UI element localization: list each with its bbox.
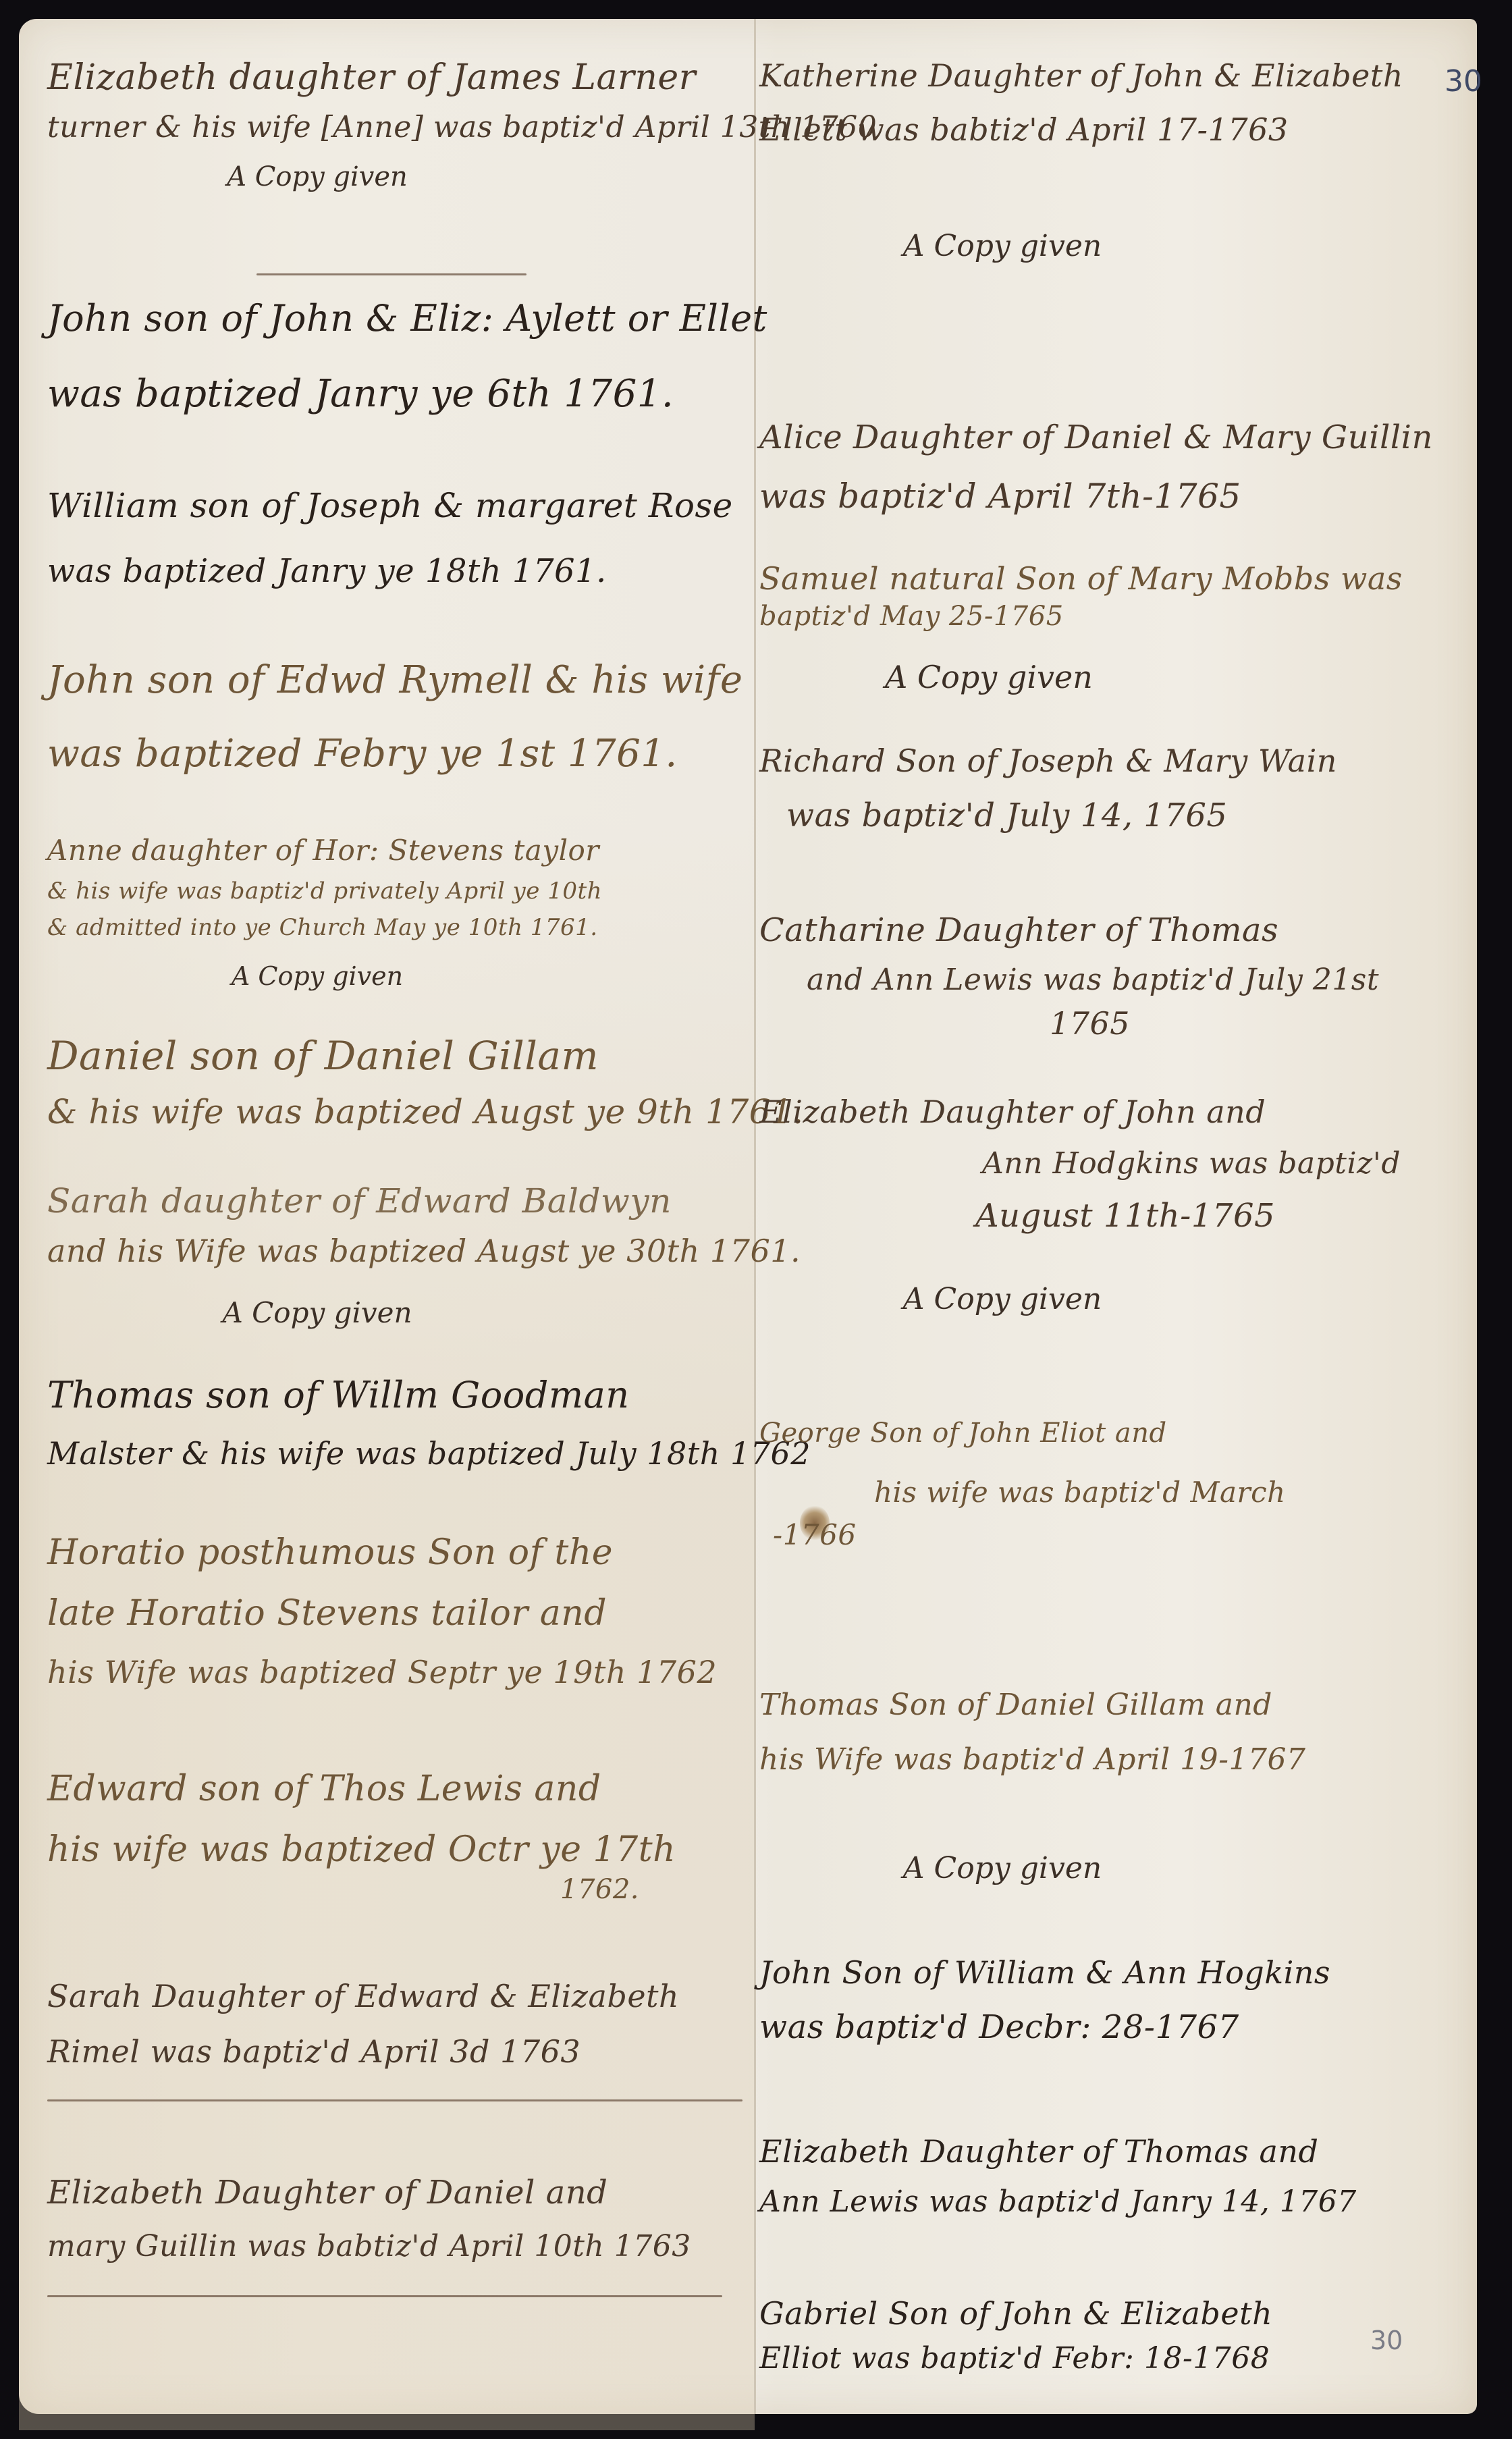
baptism-entry: Thomas Son of Daniel Gillam and his Wife… xyxy=(759,1688,1468,1885)
copy-given-note: A Copy given xyxy=(800,1282,1205,1316)
entry-line: Rimel was baptiz'd April 3d 1763 xyxy=(47,2033,749,2070)
baptism-entry: Elizabeth Daughter of Daniel and mary Gu… xyxy=(47,2174,749,2263)
baptism-entry: John son of Edwd Rymell & his wife was b… xyxy=(47,658,749,776)
entry-line: and Ann Lewis was baptiz'd July 21st xyxy=(807,963,1468,997)
entry-line: John son of John & Eliz: Aylett or Ellet xyxy=(47,297,749,340)
entry-line: was baptiz'd April 7th-1765 xyxy=(759,477,1468,516)
entry-line: mary Guillin was babtiz'd April 10th 176… xyxy=(47,2229,749,2263)
copy-given-note: A Copy given xyxy=(115,961,520,991)
baptism-entry: Catharine Daughter of Thomas and Ann Lew… xyxy=(759,911,1468,1042)
baptism-entry: Elizabeth Daughter of John and Ann Hodgk… xyxy=(759,1094,1468,1316)
copy-given-note: A Copy given xyxy=(786,659,1191,695)
entry-line: John Son of William & Ann Hogkins xyxy=(759,1954,1468,1991)
entry-line: Daniel son of Daniel Gillam xyxy=(47,1033,749,1079)
entry-line: Elliot was baptiz'd Febr: 18-1768 xyxy=(759,2341,1468,2376)
entry-line: was baptiz'd July 14, 1765 xyxy=(786,797,1468,834)
copy-given-note: A Copy given xyxy=(800,229,1205,263)
baptism-entry: Alice Daughter of Daniel & Mary Guillin … xyxy=(759,419,1468,516)
baptism-entry: Edward son of Thos Lewis and his wife wa… xyxy=(47,1769,749,1905)
entry-line: -1766 xyxy=(773,1518,1468,1551)
baptism-entry: John Son of William & Ann Hogkins was ba… xyxy=(759,1954,1468,2046)
entry-line: Thomas son of Willm Goodman xyxy=(47,1374,749,1416)
baptism-entry: Thomas son of Willm Goodman Malster & hi… xyxy=(47,1374,749,1472)
entry-line: Katherine Daughter of John & Elizabeth xyxy=(759,57,1468,94)
entry-line: Richard Son of Joseph & Mary Wain xyxy=(759,743,1468,779)
entry-line: August 11th-1765 xyxy=(975,1197,1468,1235)
entry-line: George Son of John Eliot and xyxy=(759,1418,1468,1449)
entry-line: was baptized Janry ye 18th 1761. xyxy=(47,552,749,590)
baptism-entry: George Son of John Eliot and his wife wa… xyxy=(759,1418,1468,1551)
entry-line: Elizabeth daughter of James Larner xyxy=(47,57,749,98)
entry-line: Thomas Son of Daniel Gillam and xyxy=(759,1688,1468,1722)
entry-line: was baptiz'd Decbr: 28-1767 xyxy=(759,2008,1468,2046)
entry-line: Elizabeth Daughter of John and xyxy=(759,1094,1468,1130)
entry-line: Ellett was babtiz'd April 17-1763 xyxy=(759,111,1468,148)
baptism-entry: John son of John & Eliz: Aylett or Ellet… xyxy=(47,297,749,416)
entry-line: & admitted into ye Church May ye 10th 17… xyxy=(47,914,749,941)
baptism-entry: Katherine Daughter of John & Elizabeth E… xyxy=(759,57,1468,263)
entry-line: Ann Lewis was baptiz'd Janry 14, 1767 xyxy=(759,2185,1468,2219)
entry-line: his Wife was baptized Septr ye 19th 1762 xyxy=(47,1654,749,1690)
copy-given-note: A Copy given xyxy=(800,1851,1205,1885)
entry-line: baptiz'd May 25-1765 xyxy=(759,601,1468,632)
entry-line: 1765 xyxy=(1050,1005,1468,1042)
entry-line: late Horatio Stevens tailor and xyxy=(47,1593,749,1634)
entry-line: Sarah daughter of Edward Baldwyn xyxy=(47,1181,749,1221)
entry-line: and his Wife was baptized Augst ye 30th … xyxy=(47,1233,749,1269)
entry-line: Horatio posthumous Son of the xyxy=(47,1532,749,1573)
entry-line: 1762. xyxy=(560,1874,749,1905)
entry-line: John son of Edwd Rymell & his wife xyxy=(47,658,749,702)
entry-line: Ann Hodgkins was baptiz'd xyxy=(982,1146,1468,1181)
baptism-entry: Daniel son of Daniel Gillam & his wife w… xyxy=(47,1033,749,1131)
entry-line: Edward son of Thos Lewis and xyxy=(47,1769,749,1809)
entry-line: his wife was baptized Octr ye 17th xyxy=(47,1829,749,1870)
entry-line: Sarah Daughter of Edward & Elizabeth xyxy=(47,1978,749,2014)
baptism-entry: Sarah daughter of Edward Baldwyn and his… xyxy=(47,1181,749,1329)
entry-line: was baptized Janry ye 6th 1761. xyxy=(47,372,749,416)
entry-line: Anne daughter of Hor: Stevens taylor xyxy=(47,834,749,867)
baptism-entry: Horatio posthumous Son of the late Horat… xyxy=(47,1532,749,1690)
entry-line: Gabriel Son of John & Elizabeth xyxy=(759,2295,1468,2332)
entry-line: was baptized Febry ye 1st 1761. xyxy=(47,732,749,776)
baptism-entry: Elizabeth Daughter of Thomas and Ann Lew… xyxy=(759,2133,1468,2219)
baptism-entry: Elizabeth daughter of James Larner turne… xyxy=(47,57,749,192)
entry-line: his wife was baptiz'd March xyxy=(874,1476,1468,1509)
entry-line: Catharine Daughter of Thomas xyxy=(759,911,1468,949)
entry-line: Samuel natural Son of Mary Mobbs was xyxy=(759,560,1468,597)
baptism-entry: William son of Joseph & margaret Rose wa… xyxy=(47,486,749,590)
baptism-entry: Richard Son of Joseph & Mary Wain was ba… xyxy=(759,743,1468,834)
page-fold-gutter xyxy=(754,19,756,2414)
baptism-entry: Sarah Daughter of Edward & Elizabeth Rim… xyxy=(47,1978,749,2070)
entry-line: & his wife was baptized Augst ye 9th 176… xyxy=(47,1092,749,1131)
baptism-entry: Samuel natural Son of Mary Mobbs was bap… xyxy=(759,560,1468,695)
entry-line: turner & his wife [Anne] was baptiz'd Ap… xyxy=(47,110,749,144)
entry-line: William son of Joseph & margaret Rose xyxy=(47,486,749,525)
entry-line: Elizabeth Daughter of Thomas and xyxy=(759,2133,1468,2170)
entry-line: Malster & his wife was baptized July 18t… xyxy=(47,1435,749,1472)
copy-given-note: A Copy given xyxy=(115,1296,520,1329)
baptism-entry: Anne daughter of Hor: Stevens taylor & h… xyxy=(47,834,749,991)
entry-line: Elizabeth Daughter of Daniel and xyxy=(47,2174,749,2212)
entry-line: his Wife was baptiz'd April 19-1767 xyxy=(759,1742,1468,1777)
copy-given-note: A Copy given xyxy=(115,161,520,192)
entry-line: & his wife was baptiz'd privately April … xyxy=(47,878,749,905)
entry-line: Alice Daughter of Daniel & Mary Guillin xyxy=(759,419,1468,456)
baptism-entry: Gabriel Son of John & Elizabeth Elliot w… xyxy=(759,2295,1468,2376)
